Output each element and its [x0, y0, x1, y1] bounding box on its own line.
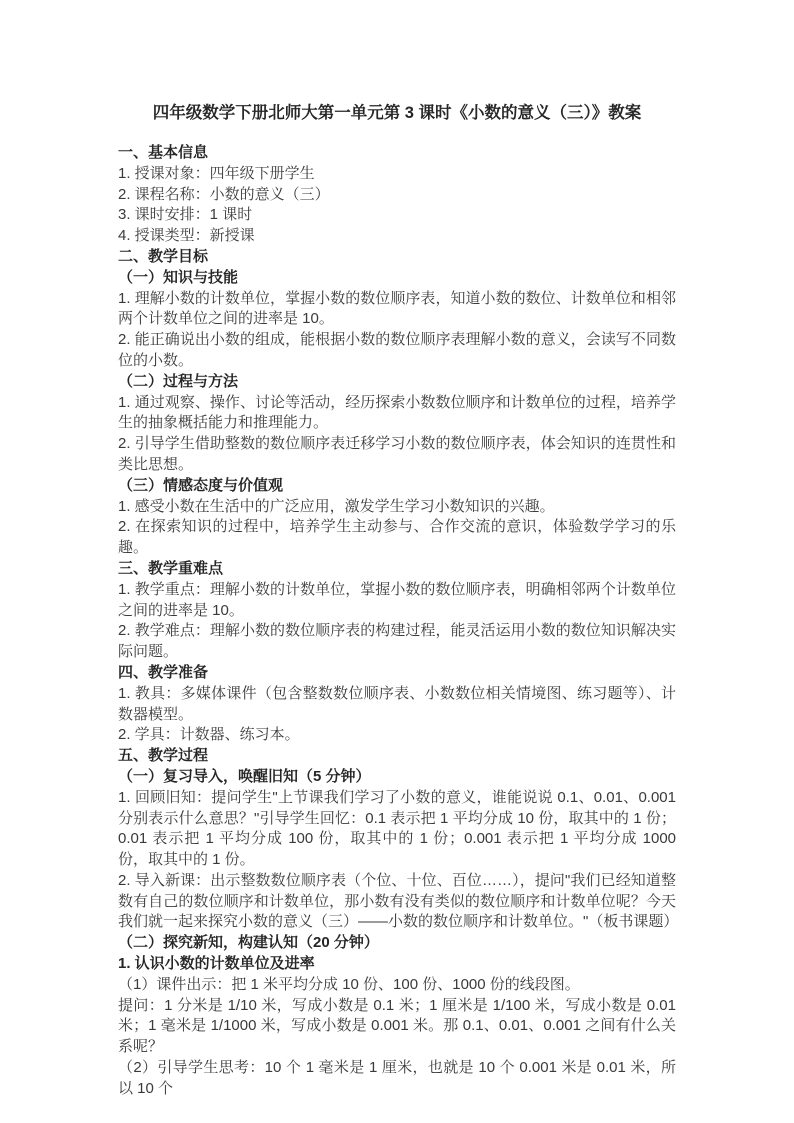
section-heading: 四、教学准备	[118, 663, 676, 684]
paragraph: 提问：1 分米是 1/10 米，写成小数是 0.1 米；1 厘米是 1/100 …	[118, 996, 676, 1058]
paragraph: 1. 理解小数的计数单位，掌握小数的数位顺序表，知道小数的数位、计数单位和相邻两…	[118, 289, 676, 331]
lesson-plan-document: 四年级数学下册北师大第一单元第 3 课时《小数的意义（三）》教案一、基本信息1.…	[118, 101, 676, 1100]
section-heading: 二、教学目标	[118, 247, 676, 268]
paragraph: 2. 学具：计数器、练习本。	[118, 725, 676, 746]
numbered-heading: 1. 认识小数的计数单位及进率	[118, 954, 676, 975]
paragraph: 2. 导入新课：出示整数数位顺序表（个位、十位、百位……），提问"我们已经知道整…	[118, 871, 676, 933]
document-page-background: { "colors": { "background": "#ffffff", "…	[0, 0, 794, 1123]
paragraph: 1. 教学重点：理解小数的计数单位，掌握小数的数位顺序表，明确相邻两个计数单位之…	[118, 580, 676, 622]
paragraph: 1. 通过观察、操作、讨论等活动，经历探索小数数位顺序和计数单位的过程，培养学生…	[118, 393, 676, 435]
paragraph: 2. 引导学生借助整数的数位顺序表迁移学习小数的数位顺序表，体会知识的连贯性和类…	[118, 434, 676, 476]
section-heading: 五、教学过程	[118, 746, 676, 767]
sub-section-heading: （一）复习导入，唤醒旧知（5 分钟）	[118, 767, 676, 788]
sub-section-heading: （一）知识与技能	[118, 268, 676, 289]
paragraph: 2. 课程名称：小数的意义（三）	[118, 185, 676, 206]
paragraph: 1. 感受小数在生活中的广泛应用，激发学生学习小数知识的兴趣。	[118, 497, 676, 518]
paragraph: 1. 教具：多媒体课件（包含整数数位顺序表、小数数位相关情境图、练习题等）、计数…	[118, 684, 676, 726]
paragraph: 3. 课时安排：1 课时	[118, 205, 676, 226]
paragraph: 4. 授课类型：新授课	[118, 226, 676, 247]
paragraph: （1）课件出示：把 1 米平均分成 10 份、100 份、1000 份的线段图。	[118, 975, 676, 996]
paragraph: 1. 回顾旧知：提问学生"上节课我们学习了小数的意义，谁能说说 0.1、0.01…	[118, 788, 676, 871]
paragraph: 2. 教学难点：理解小数的数位顺序表的构建过程，能灵活运用小数的数位知识解决实际…	[118, 621, 676, 663]
paragraph: （2）引导学生思考：10 个 1 毫米是 1 厘米，也就是 10 个 0.001…	[118, 1058, 676, 1100]
section-heading: 三、教学重难点	[118, 559, 676, 580]
paragraph: 2. 在探索知识的过程中，培养学生主动参与、合作交流的意识，体验数学学习的乐趣。	[118, 517, 676, 559]
sub-section-heading: （三）情感态度与价值观	[118, 476, 676, 497]
paragraph: 2. 能正确说出小数的组成，能根据小数的数位顺序表理解小数的意义，会读写不同数位…	[118, 330, 676, 372]
doc-title: 四年级数学下册北师大第一单元第 3 课时《小数的意义（三）》教案	[118, 101, 676, 126]
sub-section-heading: （二）探究新知，构建认知（20 分钟）	[118, 933, 676, 954]
section-heading: 一、基本信息	[118, 143, 676, 164]
sub-section-heading: （二）过程与方法	[118, 372, 676, 393]
paragraph: 1. 授课对象：四年级下册学生	[118, 164, 676, 185]
